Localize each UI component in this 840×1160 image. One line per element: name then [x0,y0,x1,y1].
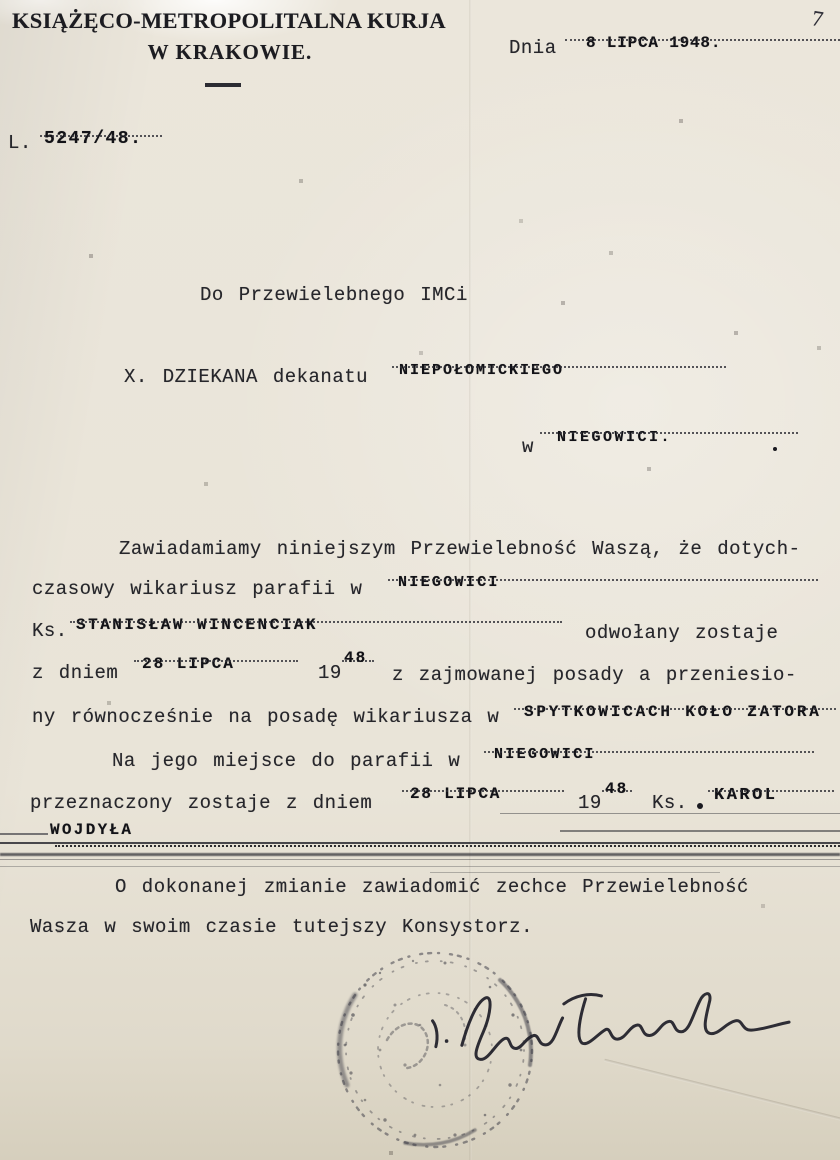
body-line7-printed3: Ks. [652,792,688,814]
body-line4-typed1: 28 LIPCA [142,655,235,673]
body-line4-typed2: 48 [344,649,367,667]
body-line3-typed: STANISŁAW WINCENCIAK [76,616,318,634]
separator-rule [0,833,48,835]
closing-line1: O dokonanej zmianie zawiadomić zechce Pr… [115,876,749,898]
body-line4-printed1: z dniem [32,662,118,684]
reference-value: 5247/48. [44,129,142,149]
body-line6-typed: NIEGOWICI [494,746,596,763]
body-line6-rule [484,751,814,753]
separator-rule [430,872,720,873]
handwritten-corner-mark: 7 [810,5,825,32]
body-line4-rule1 [134,660,298,662]
body-line4-tail: z zajmowanej posady a przeniesio- [392,664,797,686]
body-line1: Zawiadamiamy niniejszym Przewielebność W… [119,538,801,560]
closing-line2: Wasza w swoim czasie tutejszy Konsystorz… [30,916,533,938]
reference-rule [40,135,162,137]
letterhead-line2: W KRAKOWIE. [12,40,448,65]
separator-rule [0,866,840,867]
ink-blob [697,803,703,809]
body-line6-printed: Na jego miejsce do parafii w [112,750,460,772]
place-line-printed: w [522,436,534,458]
body-line4-printed2: 19 [318,662,342,684]
handwritten-signature [423,965,818,1085]
body-line7-printed2: 19 [578,792,602,814]
letterhead-divider [205,83,241,87]
scanned-document-page: KSIĄŻĘCO-METROPOLITALNA KURJA W KRAKOWIE… [0,0,840,1160]
body-line3-tail: odwołany zostaje [585,622,778,644]
body-line7-rule3 [708,790,834,792]
body-line2-rule [388,579,818,581]
date-value: 8 LIPCA 1948. [586,34,721,52]
place-line-rule [540,432,798,434]
body-line7-typed1: 28 LIPCA [410,785,501,803]
body-line7-typed3: KAROL [714,786,778,805]
body-line5-typed: SPYTKOWICACH KOŁO ZATORA [524,703,822,721]
body-line5-printed: ny równocześnie na posadę wikariusza w [32,706,499,728]
separator-dotted-rule [55,845,840,847]
separator-rule [0,842,840,844]
body-line2-typed: NIEGOWICI [398,574,500,591]
date-rule [565,39,840,41]
letterhead-line1: KSIĄŻĘCO-METROPOLITALNA KURJA [12,8,446,34]
body-line7-printed1: przeznaczony zostaje z dniem [30,792,372,814]
body-line7-rule1 [402,790,564,792]
dean-line-printed: X. DZIEKANA dekanatu [124,366,368,388]
body-line3-printed: Ks. [32,620,68,642]
dean-line-typed: NIEPOŁOMICKIEGO [399,362,564,379]
separator-rule [0,859,840,860]
dean-line-rule [392,366,726,368]
body-line7-typed2: 48 [605,780,628,798]
body-line5-rule [514,708,836,710]
separator-rule [500,813,840,814]
date-label: Dnia [509,37,557,59]
body-line8-typed: WOJDYŁA [50,821,133,839]
separator-rule [0,853,840,856]
body-line2-printed: czasowy wikariusz parafii w [32,578,362,600]
body-line3-rule [70,621,562,623]
reference-label: L. [8,132,32,154]
ink-blob [773,447,777,451]
salutation-line: Do Przewielebnego IMCi [200,284,468,306]
paper-specks [0,0,2,2]
separator-rule [560,830,840,832]
